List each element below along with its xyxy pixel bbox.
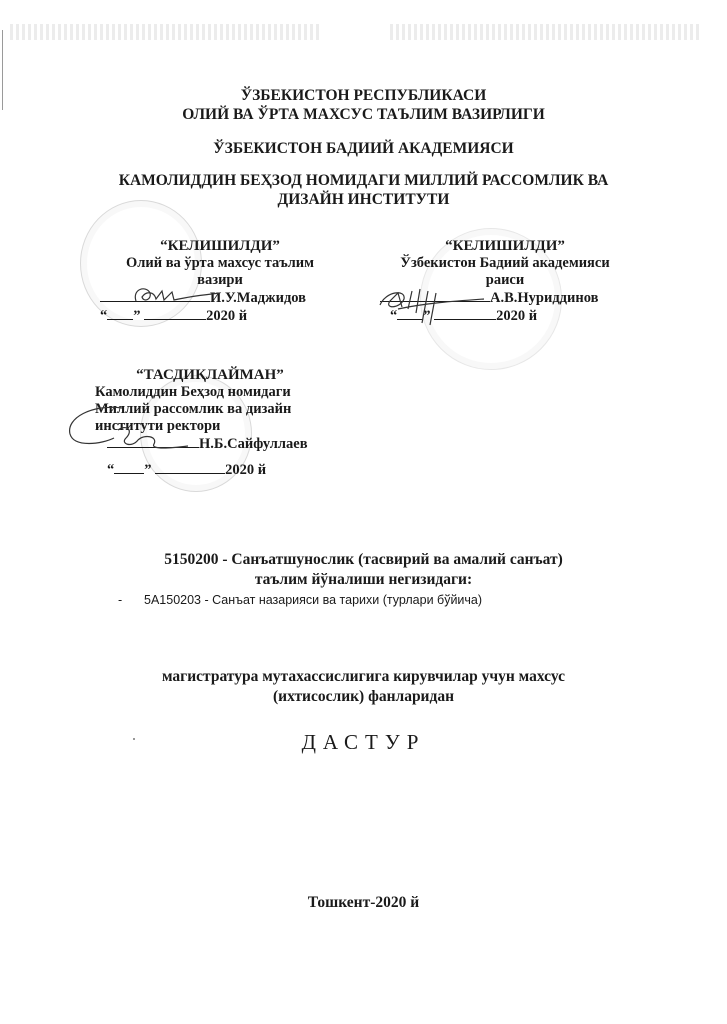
program-description: магистратура мутахассислигига кирувчилар… xyxy=(0,667,727,707)
sub-specialty-item: -5А150203 - Санъат назарияси ва тарихи (… xyxy=(118,593,482,607)
signatory-name: И.У.Маджидов xyxy=(210,290,306,306)
academy-heading: ЎЗБЕКИСТОН БАДИИЙ АКАДЕМИЯСИ xyxy=(0,139,727,158)
position-line-1: Олий ва ўрта махсус таълим xyxy=(100,255,340,272)
ministry-heading: ЎЗБЕКИСТОН РЕСПУБЛИКАСИ ОЛИЙ ВА ЎРТА МАХ… xyxy=(0,86,727,124)
institute-heading: КАМОЛИДДИН БЕҲЗОД НОМИДАГИ МИЛЛИЙ РАССОМ… xyxy=(0,171,727,209)
approval-title: “КЕЛИШИЛДИ” xyxy=(100,238,340,255)
scan-artifact xyxy=(390,24,700,40)
document-title: ДАСТУР xyxy=(0,730,727,755)
program-line-1: магистратура мутахассислигига кирувчилар… xyxy=(0,667,727,687)
approval-block-ministry: “КЕЛИШИЛДИ” Олий ва ўрта махсус таълим в… xyxy=(100,238,340,325)
specialty-heading: 5150200 - Санъатшунослик (тасвирий ва ам… xyxy=(0,550,727,590)
list-bullet: - xyxy=(118,593,144,607)
city-year: Тошкент-2020 й xyxy=(0,894,727,912)
day-blank xyxy=(114,461,144,474)
scan-artifact xyxy=(10,24,320,40)
date-line: “” 2020 й xyxy=(100,307,340,325)
ministry-line-2: ОЛИЙ ВА ЎРТА МАХСУС ТАЪЛИМ ВАЗИРЛИГИ xyxy=(0,105,727,124)
institute-line-2: ДИЗАЙН ИНСТИТУТИ xyxy=(0,190,727,209)
program-line-2: (ихтисослик) фанларидан xyxy=(0,687,727,707)
signatory-name: А.В.Нуриддинов xyxy=(490,290,598,306)
institute-line-1: КАМОЛИДДИН БЕҲЗОД НОМИДАГИ МИЛЛИЙ РАССОМ… xyxy=(0,171,727,190)
day-blank xyxy=(107,307,133,320)
academy-signature xyxy=(376,283,486,327)
rector-signature xyxy=(62,400,192,460)
signatory-name: Н.Б.Сайфуллаев xyxy=(199,436,308,452)
month-blank xyxy=(155,461,225,474)
date-line: “” 2020 й xyxy=(95,461,325,479)
position-line-1: Камолиддин Беҳзод номидаги xyxy=(95,384,325,401)
date-year: 2020 й xyxy=(496,308,537,324)
specialty-line-1: 5150200 - Санъатшунослик (тасвирий ва ам… xyxy=(0,550,727,570)
specialty-line-2: таълим йўналиши негизидаги: xyxy=(0,570,727,590)
sub-specialty-text: 5А150203 - Санъат назарияси ва тарихи (т… xyxy=(144,593,482,607)
month-blank xyxy=(144,307,206,320)
ministry-line-1: ЎЗБЕКИСТОН РЕСПУБЛИКАСИ xyxy=(0,86,727,105)
approval-title: “КЕЛИШИЛДИ” xyxy=(370,238,640,255)
approval-title: “ТАСДИҚЛАЙМАН” xyxy=(95,367,325,384)
date-year: 2020 й xyxy=(206,308,247,324)
date-year: 2020 й xyxy=(225,462,266,478)
position-line-1: Ўзбекистон Бадиий академияси xyxy=(370,255,640,272)
ministry-signature xyxy=(132,283,222,307)
